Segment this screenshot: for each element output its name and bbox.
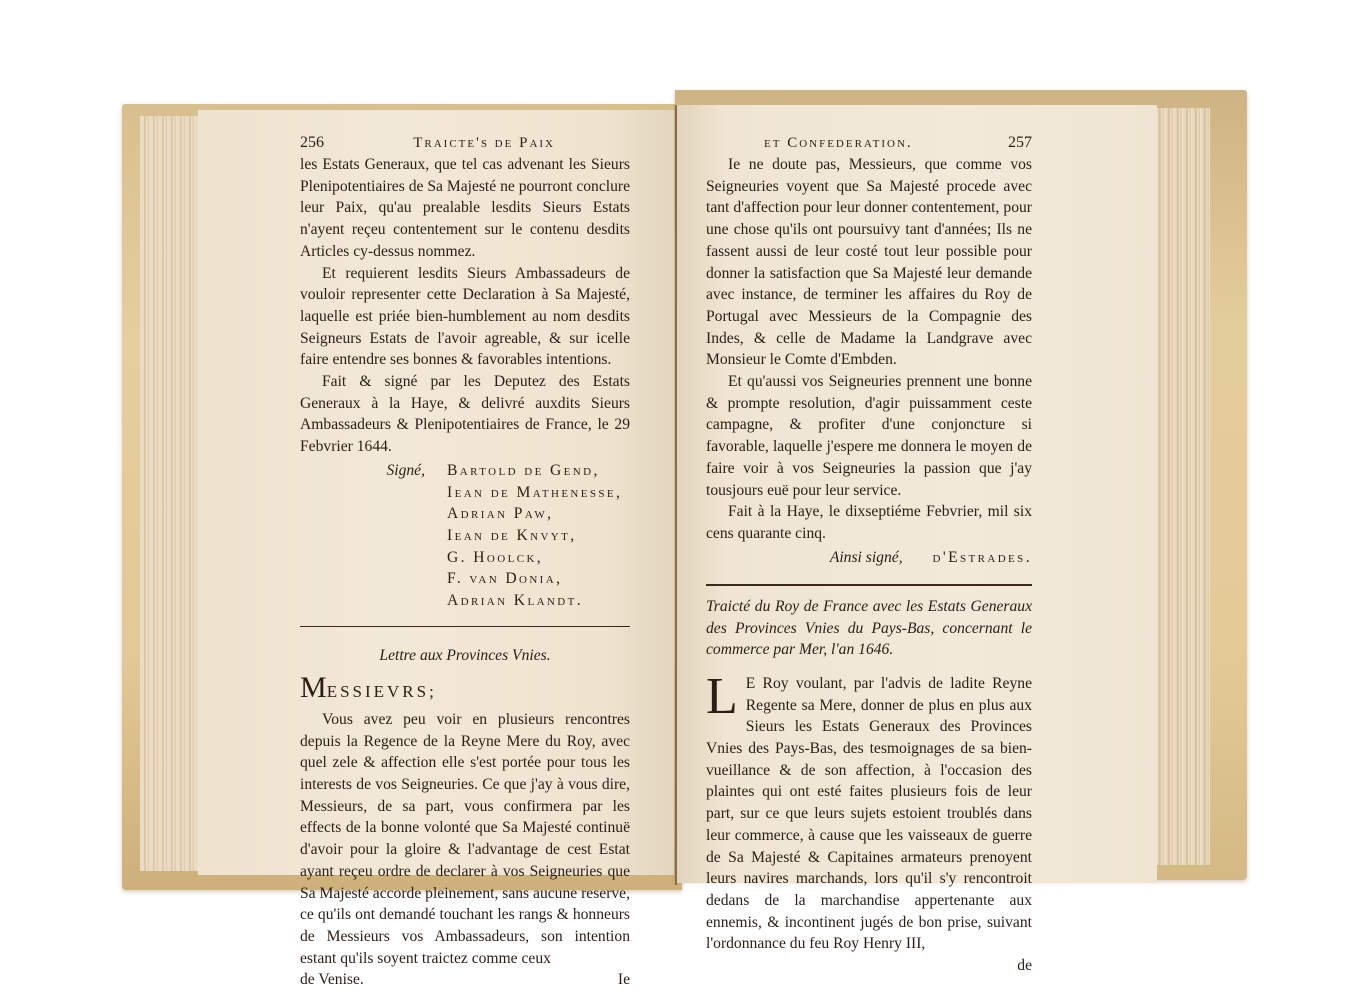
treaty-title: Traicté du Roy de France avec les Estats… <box>706 596 1032 661</box>
left-last-line: de Venise. Ie <box>300 969 630 991</box>
signatories-block: Signé, Bartold de Gend, Iean de Mathenes… <box>300 460 630 612</box>
section-divider-rule <box>300 626 630 628</box>
catchword-right: de <box>706 955 1032 977</box>
page-number-right: 257 <box>1008 132 1032 154</box>
book-gutter <box>675 105 677 885</box>
letter-last-line: de Venise. <box>300 969 364 991</box>
drop-capital-L: L <box>706 675 738 719</box>
treaty-paragraph: E Roy voulant, par l'advis de ladite Rey… <box>706 673 1032 955</box>
right-page-text: et Confederation. 257 Ie ne doute pas, M… <box>706 132 1032 977</box>
catchword-left: Ie <box>618 969 630 991</box>
salutation-rest: ESSIEVRS; <box>327 682 437 701</box>
signatory-name: G. Hoolck, <box>447 547 543 569</box>
signature-label-right: Ainsi signé, <box>830 549 903 566</box>
left-paragraph-2: Et requierent lesdits Sieurs Ambassadeur… <box>300 263 630 372</box>
left-paragraph-1: les Estats Generaux, que tel cas advenan… <box>300 154 630 263</box>
right-paragraph-1: Ie ne doute pas, Messieurs, que comme vo… <box>706 154 1032 371</box>
page-edges-right <box>1155 108 1210 865</box>
signatory-name: Adrian Paw, <box>447 503 553 525</box>
letter-paragraph: Vous avez peu voir en plusieurs rencontr… <box>300 709 630 969</box>
running-head-title-right: et Confederation. <box>764 133 913 155</box>
page-edges-left <box>140 116 202 871</box>
signatory-estrades: d'Estrades. <box>933 549 1032 566</box>
left-running-head: 256 Traicte's de Paix <box>300 132 630 154</box>
right-paragraph-3: Fait à la Haye, le dixseptiéme Febvrier,… <box>706 501 1032 544</box>
left-page-text: 256 Traicte's de Paix les Estats Generau… <box>300 132 630 991</box>
letter-title: Lettre aux Provinces Vnies. <box>300 645 630 667</box>
letter-salutation: MESSIEVRS; <box>300 673 630 707</box>
signatory-name: Iean de Mathenesse, <box>447 482 622 504</box>
dated-signature: Ainsi signé, d'Estrades. <box>706 547 1032 569</box>
signatory-name: Bartold de Gend, <box>447 460 600 482</box>
treaty-body: L E Roy voulant, par l'advis de ladite R… <box>706 673 1032 955</box>
right-paragraph-2: Et qu'aussi vos Seigneuries prennent une… <box>706 371 1032 501</box>
page-number-left: 256 <box>300 132 324 154</box>
running-head-title-left: Traicte's de Paix <box>413 133 555 155</box>
right-running-head: et Confederation. 257 <box>706 132 1032 154</box>
signatory-name: Iean de Knvyt, <box>447 525 577 547</box>
signatory-name: F. van Donia, <box>447 568 562 590</box>
signature-label: Signé, <box>300 460 447 482</box>
signatory-name: Adrian Klandt. <box>447 590 583 612</box>
left-paragraph-3: Fait & signé par les Deputez des Estats … <box>300 371 630 458</box>
salutation-initial: M <box>300 671 327 704</box>
section-divider-rule-right <box>706 584 1032 586</box>
